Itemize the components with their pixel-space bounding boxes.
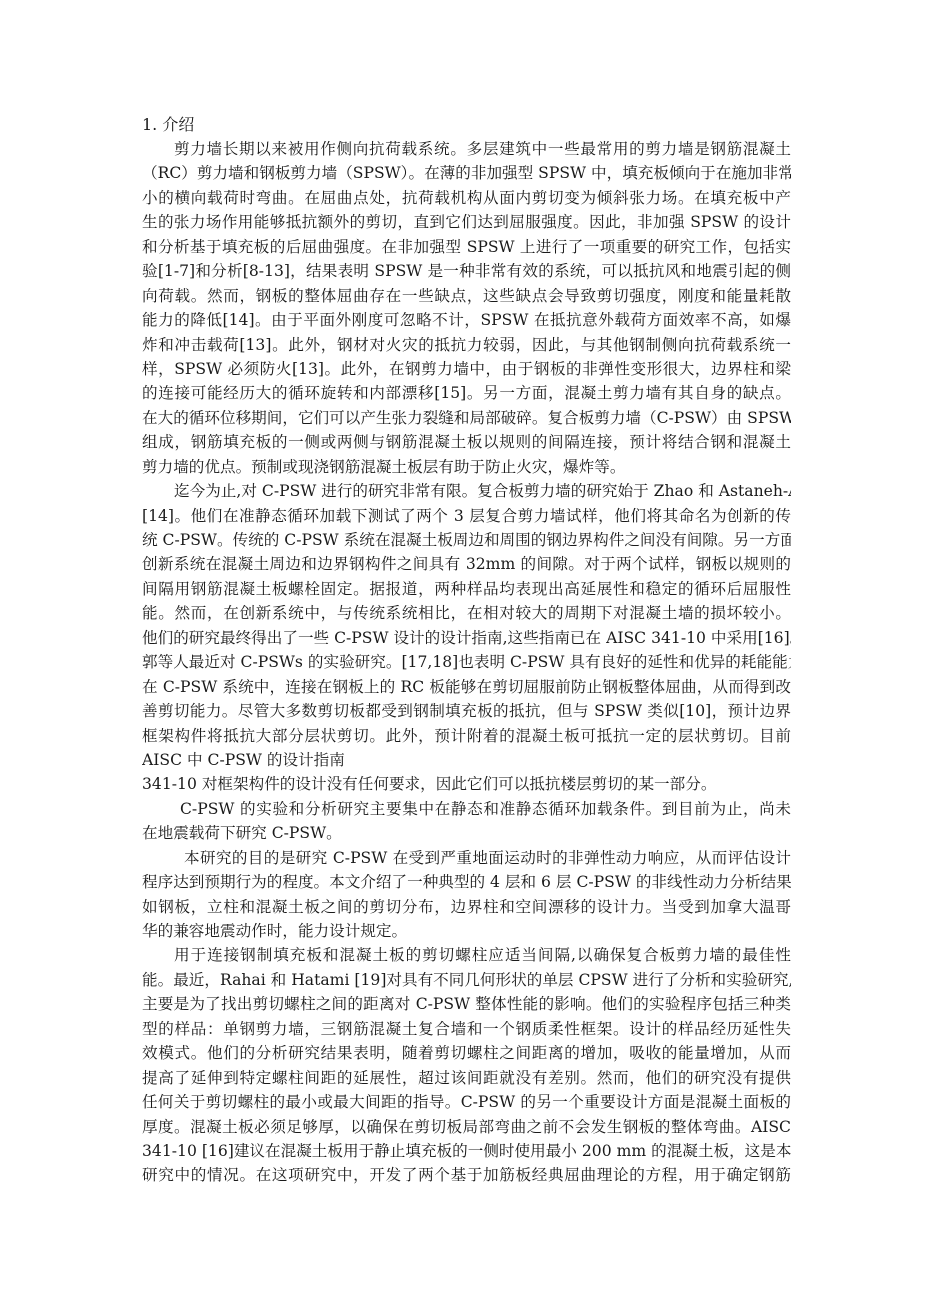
text-line: AISC 中 C-PSW 的设计指南 <box>142 748 791 772</box>
text-line: 剪力墙的优点。预制或现浇钢筋混凝土板层有助于防止火灾，爆炸等。 <box>142 455 791 479</box>
text-line: 在地震载荷下研究 C-PSW。 <box>142 821 791 845</box>
text-line: 框架构件将抵抗大部分层状剪切。此外，预计附着的混凝土板可抵抗一定的层状剪切。目前 <box>142 724 791 748</box>
paragraph-3: C-PSW 的实验和分析研究主要集中在静态和准静态循环加载条件。到目前为止，尚未… <box>142 797 791 846</box>
text-line: 炸和冲击载荷[13]。此外，钢材对火灾的抵抗力较弱，因此，与其他钢制侧向抗荷载系… <box>142 333 791 357</box>
text-line: 在大的循环位移期间，它们可以产生张力裂缝和局部破碎。复合板剪力墙（C-PSW）由… <box>142 406 791 430</box>
text-line: 他们的研究最终得出了一些 C-PSW 设计的设计指南,这些指南已在 AISC 3… <box>142 626 791 650</box>
text-line: 程序达到预期行为的程度。本文介绍了一种典型的 4 层和 6 层 C-PSW 的非… <box>142 870 791 894</box>
text-line: 341-10 [16]建议在混凝土板用于静止填充板的一侧时使用最小 200 mm… <box>142 1139 791 1163</box>
text-line: 如钢板，立柱和混凝土板之间的剪切分布，边界柱和空间漂移的设计力。当受到加拿大温哥 <box>142 895 791 919</box>
text-line: 善剪切能力。尽管大多数剪切板都受到钢制填充板的抵抗，但与 SPSW 类似[10]… <box>142 699 791 723</box>
text-line: 能。然而，在创新系统中，与传统系统相比，在相对较大的周期下对混凝土墙的损坏较小。 <box>142 601 791 625</box>
paragraph-1: 剪力墙长期以来被用作侧向抗荷载系统。多层建筑中一些最常用的剪力墙是钢筋混凝土 （… <box>142 137 791 479</box>
text-line: 在 C-PSW 系统中，连接在钢板上的 RC 板能够在剪切屈服前防止钢板整体屈曲… <box>142 675 791 699</box>
text-line: 华的兼容地震动作时，能力设计规定。 <box>142 919 791 943</box>
text-line: 生的张力场作用能够抵抗额外的剪切，直到它们达到屈服强度。因此，非加强 SPSW … <box>142 210 791 234</box>
section-heading: 1. 介绍 <box>142 113 791 137</box>
text-line: 能。最近，Rahai 和 Hatami [19]对具有不同几何形状的单层 CPS… <box>142 968 791 992</box>
text-line: 任何关于剪切螺柱的最小或最大间距的指导。C-PSW 的另一个重要设计方面是混凝土… <box>142 1090 791 1114</box>
text-line: 本研究的目的是研究 C-PSW 在受到严重地面运动时的非弹性动力响应，从而评估设… <box>142 846 791 870</box>
text-line: 小的横向载荷时弯曲。在屈曲点处，抗荷载机构从面内剪切变为倾斜张力场。在填充板中产 <box>142 186 791 210</box>
text-line: 的连接可能经历大的循环旋转和内部漂移[15]。另一方面，混凝土剪力墙有其自身的缺… <box>142 381 791 405</box>
text-line: 组成，钢筋填充板的一侧或两侧与钢筋混凝土板以规则的间隔连接，预计将结合钢和混凝土 <box>142 430 791 454</box>
text-line: 研究中的情况。在这项研究中，开发了两个基于加筋板经典屈曲理论的方程，用于确定钢筋 <box>142 1163 791 1187</box>
text-line: 厚度。混凝土板必须足够厚，以确保在剪切板局部弯曲之前不会发生钢板的整体弯曲。AI… <box>142 1115 791 1139</box>
text-line: 能力的降低[14]。由于平面外刚度可忽略不计，SPSW 在抵抗意外载荷方面效率不… <box>142 308 791 332</box>
paragraph-5: 用于连接钢制填充板和混凝土板的剪切螺柱应适当间隔,以确保复合板剪力墙的最佳性 能… <box>142 943 791 1187</box>
text-line: [14]。他们在准静态循环加载下测试了两个 3 层复合剪力墙试样，他们将其命名为… <box>142 504 791 528</box>
text-line: 效模式。他们的分析研究结果表明，随着剪切螺柱之间距离的增加，吸收的能量增加，从而 <box>142 1041 791 1065</box>
text-line: 创新系统在混凝土周边和边界钢构件之间具有 32mm 的间隙。对于两个试样，钢板以… <box>142 552 791 576</box>
document-page: 1. 介绍 剪力墙长期以来被用作侧向抗荷载系统。多层建筑中一些最常用的剪力墙是钢… <box>142 113 791 1188</box>
text-line: （RC）剪力墙和钢板剪力墙（SPSW）。在薄的非加强型 SPSW 中，填充板倾向… <box>142 161 791 185</box>
paragraph-4: 本研究的目的是研究 C-PSW 在受到严重地面运动时的非弹性动力响应，从而评估设… <box>142 846 791 944</box>
text-line: 剪力墙长期以来被用作侧向抗荷载系统。多层建筑中一些最常用的剪力墙是钢筋混凝土 <box>142 137 791 161</box>
text-line: 和分析基于填充板的后屈曲强度。在非加强型 SPSW 上进行了一项重要的研究工作，… <box>142 235 791 259</box>
text-line: 型的样品：单钢剪力墙，三钢筋混凝土复合墙和一个钢质柔性框架。设计的样品经历延性失 <box>142 1017 791 1041</box>
text-line: 主要是为了找出剪切螺柱之间的距离对 C-PSW 整体性能的影响。他们的实验程序包… <box>142 992 791 1016</box>
text-line: 郭等人最近对 C-PSWs 的实验研究。[17,18]也表明 C-PSW 具有良… <box>142 650 791 674</box>
text-line: 向荷载。然而，钢板的整体屈曲存在一些缺点，这些缺点会导致剪切强度，刚度和能量耗散 <box>142 284 791 308</box>
text-line: 样，SPSW 必须防火[13]。此外，在钢剪力墙中，由于钢板的非弹性变形很大，边… <box>142 357 791 381</box>
text-line: 验[1-7]和分析[8-13]，结果表明 SPSW 是一种非常有效的系统，可以抵… <box>142 259 791 283</box>
text-line: 间隔用钢筋混凝土板螺栓固定。据报道，两种样品均表现出高延展性和稳定的循环后屈服性 <box>142 577 791 601</box>
text-line: 统 C-PSW。传统的 C-PSW 系统在混凝土板周边和周围的钢边界构件之间没有… <box>142 528 791 552</box>
text-line: 341-10 对框架构件的设计没有任何要求，因此它们可以抵抗楼层剪切的某一部分。 <box>142 772 791 796</box>
paragraph-2: 迄今为止,对 C-PSW 进行的研究非常有限。复合板剪力墙的研究始于 Zhao … <box>142 479 791 797</box>
text-line: 提高了延伸到特定螺柱间距的延展性，超过该间距就没有差别。然而，他们的研究没有提供 <box>142 1066 791 1090</box>
text-line: 迄今为止,对 C-PSW 进行的研究非常有限。复合板剪力墙的研究始于 Zhao … <box>142 479 791 503</box>
text-line: 用于连接钢制填充板和混凝土板的剪切螺柱应适当间隔,以确保复合板剪力墙的最佳性 <box>142 943 791 967</box>
text-line: C-PSW 的实验和分析研究主要集中在静态和准静态循环加载条件。到目前为止，尚未 <box>142 797 791 821</box>
